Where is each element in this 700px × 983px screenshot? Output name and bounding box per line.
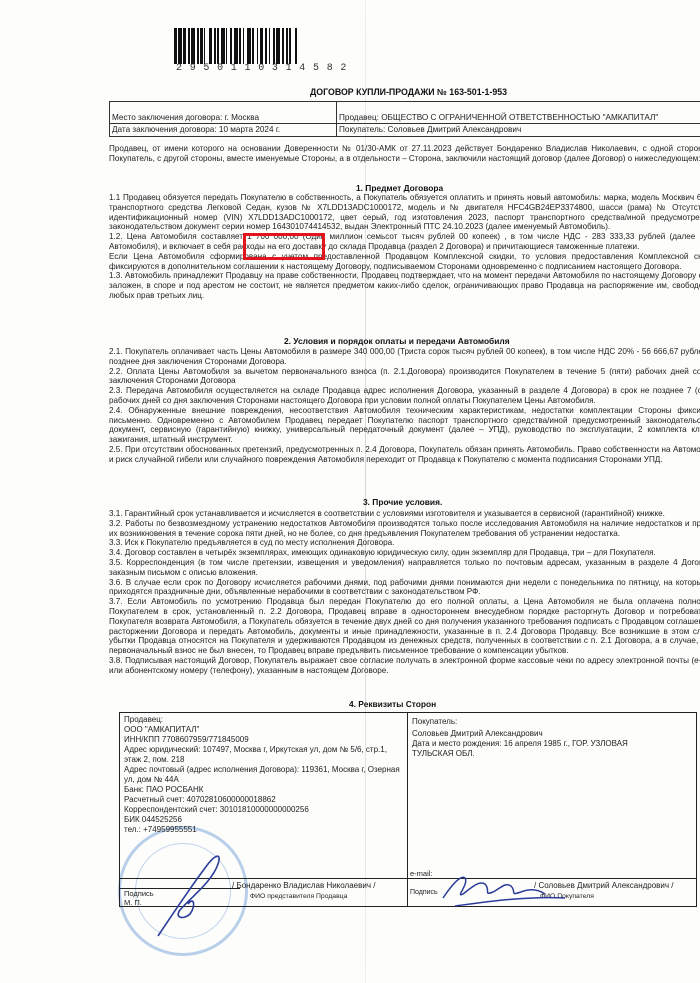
clause-1-3: 1.3. Автомобиль принадлежит Продавцу на …	[109, 271, 700, 300]
clause-1-2-discount: Если Цена Автомобиля сформирована с учет…	[109, 252, 700, 272]
clause-2-3: 2.3. Передача Автомобиля осуществляется …	[109, 386, 700, 406]
seller-account: Расчетный счет: 40702810600000018862	[124, 795, 403, 805]
clause-3-7: 3.7. Если Автомобиль по усмотрению Прода…	[109, 597, 700, 656]
buyer-signature	[435, 868, 575, 908]
seller-phone: тел.: +74959955551	[124, 825, 403, 835]
clause-1-1: 1.1 Продавец обязуется передать Покупате…	[109, 193, 700, 232]
seller-name: ООО "АМКАПИТАЛ"	[124, 725, 403, 735]
price-highlight-box	[243, 233, 325, 260]
preamble: Продавец, от имени которого на основании…	[109, 144, 700, 164]
contract-date: Дата заключения договора: 10 марта 2024 …	[110, 124, 337, 137]
clause-3-3: 3.3. Иск к Покупателю предъявляется в су…	[109, 538, 700, 548]
seller-signer-caption: ФИО представителя Продавца	[250, 892, 347, 902]
contract-place: Место заключения договора: г. Москва	[110, 102, 337, 124]
clause-2-2: 2.2. Оплата Цены Автомобиля за вычетом п…	[109, 367, 700, 387]
section-1-body: 1.1 Продавец обязуется передать Покупате…	[109, 193, 700, 301]
seller-inn-kpp: ИНН/КПП 7708607959/771845009	[124, 735, 403, 745]
clause-3-8: 3.8. Подписывая настоящий Договор, Покуп…	[109, 656, 700, 676]
seller-signer-name: / Бондаренко Владислав Николаевич /	[232, 881, 375, 891]
buyer-name: Соловьев Дмитрий Александрович	[412, 729, 692, 739]
section-2-heading: 2. Условия и порядок оплаты и передачи А…	[284, 336, 510, 346]
clause-3-6: 3.6. В случае если срок по Договору исчи…	[109, 578, 700, 598]
document-title: ДОГОВОР КУПЛИ-ПРОДАЖИ № 163-501-1-953	[310, 87, 507, 97]
clause-3-2: 3.2. Работы по безвозмездному устранению…	[109, 519, 700, 539]
clause-1-2: 1.2. Цена Автомобиля составляет 1 700 00…	[109, 232, 700, 252]
buyer-sign-label: Подпись	[410, 888, 438, 898]
section-1-heading: 1. Предмет Договора	[356, 183, 443, 193]
section-3-heading: 3. Прочие условия.	[363, 497, 442, 507]
header-table: Место заключения договора: г. Москва Про…	[109, 101, 700, 137]
seller-corr-account: Корреспондентский счет: 3010181000000000…	[124, 805, 403, 815]
clause-2-4: 2.4. Обнаруженные внешние повреждения, н…	[109, 406, 700, 445]
clause-2-1: 2.1. Покупатель оплачивает часть Цены Ав…	[109, 347, 700, 367]
seller-legal-address: Адрес юридический: 107497, Москва г, Ирк…	[124, 745, 403, 765]
seller-postal-address: Адрес почтовый (адрес исполнения Договор…	[124, 765, 403, 785]
contract-buyer: Покупатель: Соловьев Дмитрий Александров…	[337, 124, 700, 137]
section-4-heading: 4. Реквизиты Сторон	[349, 699, 436, 709]
seller-bank: Банк: ПАО РОСБАНК	[124, 785, 403, 795]
section-2-body: 2.1. Покупатель оплачивает часть Цены Ав…	[109, 347, 700, 465]
seller-label: Продавец:	[124, 715, 403, 725]
section-3-body: 3.1. Гарантийный срок устанавливается и …	[109, 509, 700, 676]
barcode-digits: 2950110314582	[176, 63, 386, 74]
clause-3-4: 3.4. Договор составлен в четырёх экземпл…	[109, 548, 700, 558]
clause-2-5: 2.5. При отсутствии обоснованных претенз…	[109, 445, 700, 465]
clause-3-1: 3.1. Гарантийный срок устанавливается и …	[109, 509, 700, 519]
seller-bik: БИК 044525256	[124, 815, 403, 825]
seller-signature	[150, 848, 230, 943]
buyer-birth: Дата и место рождения: 16 апреля 1985 г.…	[412, 739, 642, 759]
clause-3-5: 3.5. Корреспонденция (в том числе претен…	[109, 558, 700, 578]
barcode	[174, 28, 382, 64]
contract-seller: Продавец: ОБЩЕСТВО С ОГРАНИЧЕННОЙ ОТВЕТС…	[337, 102, 700, 124]
buyer-label: Покупатель:	[412, 717, 692, 727]
